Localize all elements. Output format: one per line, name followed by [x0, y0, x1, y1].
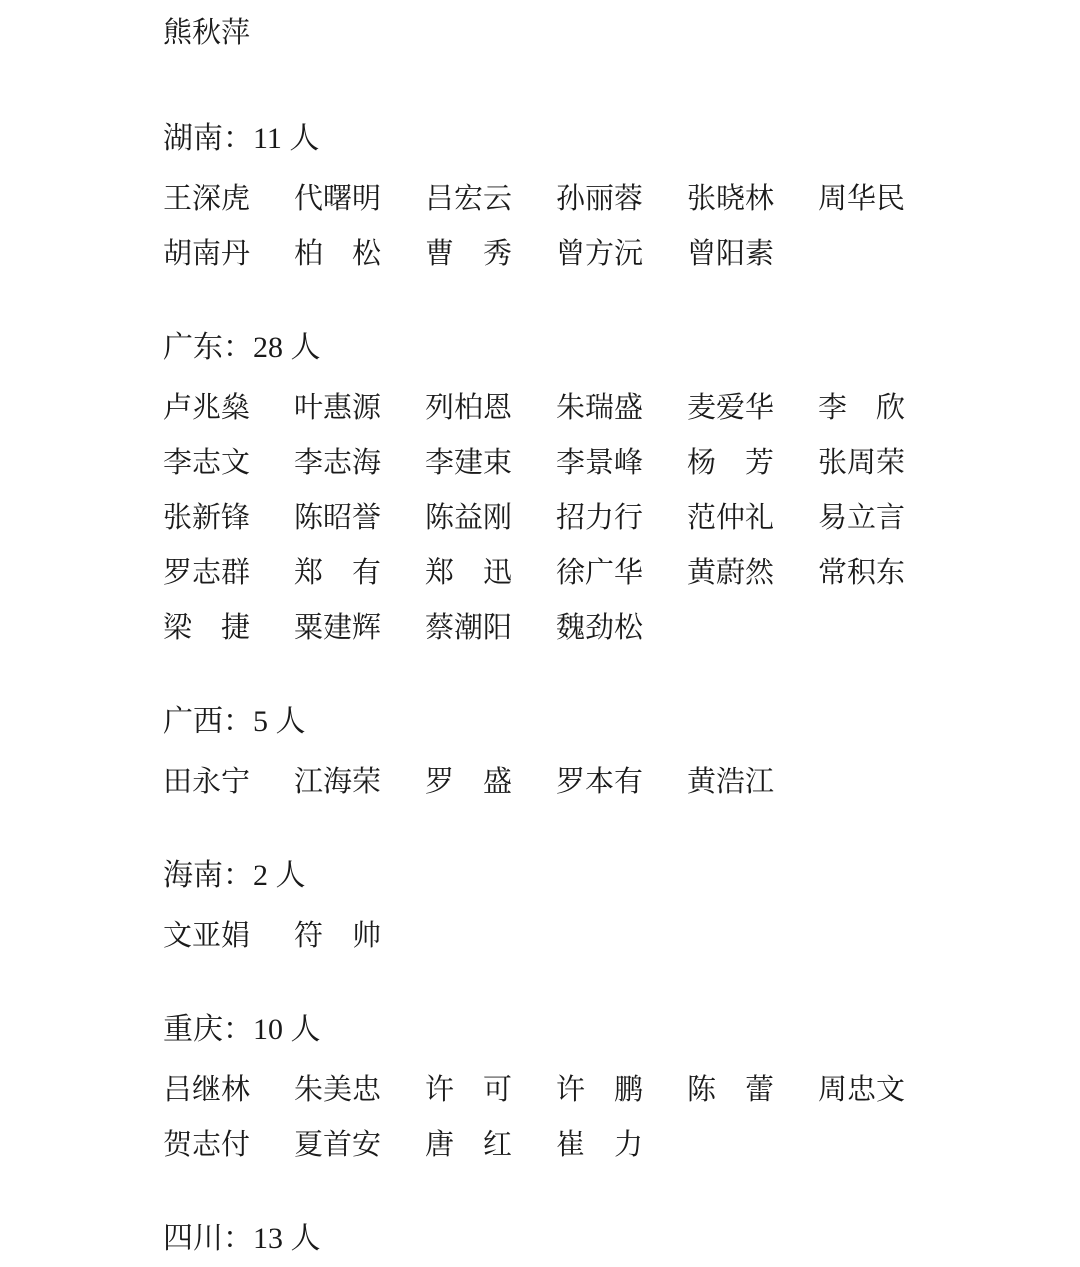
province-section: 海南：2 人文亚娟符 帅: [163, 848, 1080, 964]
person-name: 许 鹏: [556, 1063, 644, 1118]
person-name: 黄浩江: [687, 755, 775, 810]
person-name: 罗 盛: [425, 755, 513, 810]
person-name: 黄蔚然: [687, 546, 775, 601]
person-name: 田永宁: [163, 755, 251, 810]
person-name: 李建束: [425, 436, 513, 491]
person-name: 张周荣: [818, 436, 906, 491]
person-name: 曹 秀: [425, 227, 513, 282]
person-name: 易立言: [818, 491, 906, 546]
person-name: 唐 红: [425, 1118, 513, 1173]
province-section: 广西：5 人田永宁江海荣罗 盛罗本有黄浩江: [163, 694, 1080, 810]
name-row: 张新锋陈昭誉陈益刚招力行范仲礼易立言: [163, 491, 1080, 546]
person-name: 罗本有: [556, 755, 644, 810]
person-name: 粟建辉: [294, 601, 382, 656]
person-name: 卢兆燊: [163, 381, 251, 436]
person-name: 陈昭誉: [294, 491, 382, 546]
section-header: 四川：13 人: [163, 1211, 1080, 1266]
name-row: 李志文李志海李建束李景峰杨 芳张周荣: [163, 436, 1080, 491]
person-name: 麦爱华: [687, 381, 775, 436]
person-name: 柏 松: [294, 227, 382, 282]
person-name: 孙丽蓉: [556, 172, 644, 227]
continued-name-row: 熊秋萍: [163, 6, 1080, 61]
person-name: 夏首安: [294, 1118, 382, 1173]
person-name: 魏劲松: [556, 601, 644, 656]
person-name: 叶惠源: [294, 381, 382, 436]
person-name: 蔡潮阳: [425, 601, 513, 656]
person-name: 张新锋: [163, 491, 251, 546]
section-header: 广西：5 人: [163, 694, 1080, 749]
person-name: 范仲礼: [687, 491, 775, 546]
person-name: 曾方沅: [556, 227, 644, 282]
person-name: 李志海: [294, 436, 382, 491]
name-row: 吕继林朱美忠许 可许 鹏陈 蕾周忠文: [163, 1063, 1080, 1118]
person-name: 代曙明: [294, 172, 382, 227]
person-name: 招力行: [556, 491, 644, 546]
person-name: 陈 蕾: [687, 1063, 775, 1118]
person-name: 郑 有: [294, 546, 382, 601]
person-name: 曾阳素: [687, 227, 775, 282]
section-header: 湖南：11 人: [163, 111, 1080, 166]
person-name: 李景峰: [556, 436, 644, 491]
person-name: 列柏恩: [425, 381, 513, 436]
name-row: 田永宁江海荣罗 盛罗本有黄浩江: [163, 755, 1080, 810]
name-row: 贺志付夏首安唐 红崔 力: [163, 1118, 1080, 1173]
section-header: 重庆：10 人: [163, 1002, 1080, 1057]
person-name: 胡南丹: [163, 227, 251, 282]
province-section: 湖南：11 人王深虎代曙明吕宏云孙丽蓉张晓林周华民胡南丹柏 松曹 秀曾方沅曾阳素: [163, 111, 1080, 282]
person-name: 郑 迅: [425, 546, 513, 601]
name-row: 胡南丹柏 松曹 秀曾方沅曾阳素: [163, 227, 1080, 282]
person-name: 常积东: [818, 546, 906, 601]
province-section: 重庆：10 人吕继林朱美忠许 可许 鹏陈 蕾周忠文贺志付夏首安唐 红崔 力: [163, 1002, 1080, 1173]
person-name: 徐广华: [556, 546, 644, 601]
person-name: 江海荣: [294, 755, 382, 810]
person-name: 熊秋萍: [163, 6, 251, 61]
name-row: 卢兆燊叶惠源列柏恩朱瑞盛麦爱华李 欣: [163, 381, 1080, 436]
person-name: 贺志付: [163, 1118, 251, 1173]
province-section: 四川：13 人: [163, 1211, 1080, 1266]
person-name: 李 欣: [818, 381, 906, 436]
document-page: 熊秋萍 湖南：11 人王深虎代曙明吕宏云孙丽蓉张晓林周华民胡南丹柏 松曹 秀曾方…: [0, 0, 1080, 1267]
person-name: 文亚娟: [163, 909, 251, 964]
name-row: 罗志群郑 有郑 迅徐广华黄蔚然常积东: [163, 546, 1080, 601]
person-name: 周华民: [818, 172, 906, 227]
section-header: 广东：28 人: [163, 320, 1080, 375]
province-section: 广东：28 人卢兆燊叶惠源列柏恩朱瑞盛麦爱华李 欣李志文李志海李建束李景峰杨 芳…: [163, 320, 1080, 656]
person-name: 张晓林: [687, 172, 775, 227]
person-name: 符 帅: [294, 909, 382, 964]
section-header: 海南：2 人: [163, 848, 1080, 903]
person-name: 李志文: [163, 436, 251, 491]
person-name: 杨 芳: [687, 436, 775, 491]
person-name: 吕宏云: [425, 172, 513, 227]
person-name: 梁 捷: [163, 601, 251, 656]
person-name: 罗志群: [163, 546, 251, 601]
name-row: 梁 捷粟建辉蔡潮阳魏劲松: [163, 601, 1080, 656]
person-name: 王深虎: [163, 172, 251, 227]
person-name: 周忠文: [818, 1063, 906, 1118]
person-name: 朱美忠: [294, 1063, 382, 1118]
person-name: 陈益刚: [425, 491, 513, 546]
person-name: 吕继林: [163, 1063, 251, 1118]
person-name: 许 可: [425, 1063, 513, 1118]
person-name: 崔 力: [556, 1118, 644, 1173]
person-name: 朱瑞盛: [556, 381, 644, 436]
name-row: 文亚娟符 帅: [163, 909, 1080, 964]
name-row: 王深虎代曙明吕宏云孙丽蓉张晓林周华民: [163, 172, 1080, 227]
